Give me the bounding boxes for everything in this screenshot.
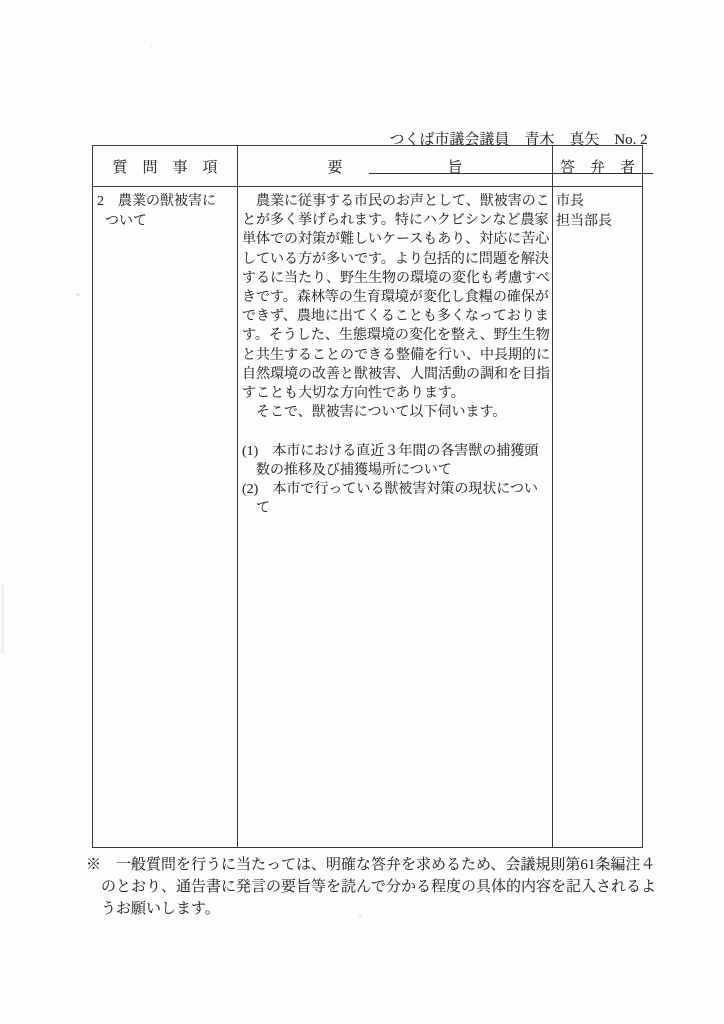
text-line: できず、農地に出てくることも多くなっておりま [242,307,550,326]
scan-artifact [1,584,4,654]
text-line: 自然環境の改善と獣被害、人間活動の調和を目指 [242,365,550,384]
question-item-cell: 2 農業の獣被害について [93,187,238,847]
text-line: するに当たり、野生生物の環境の変化も考慮すべ [242,269,550,288]
text-line: きです。森林等の生育環境が変化し食糧の確保が [242,288,550,307]
scan-artifact [150,44,153,47]
summary-cell: 農業に従事する市民のお声として、獣被害のことが多く挙げられます。特にハクビシンな… [238,187,553,847]
text-line: 市長 [556,192,641,212]
text-line: うお願いします。 [86,898,666,920]
scanned-document-page: つくば市議会議員 青木 真矢 No. 2 質 問 事 項 要 旨 答 弁 者 2… [0,0,724,1024]
respondent-cell: 市長担当部長 [553,187,642,847]
text-line: すことも大切な方向性であります。 [242,384,550,403]
column-header-respondent: 答 弁 者 [553,146,642,186]
text-line: 単体での対策が難しいケースもあり、対応に苦心 [242,230,550,249]
table-header-row: 質 問 事 項 要 旨 答 弁 者 [93,146,642,187]
text-line: す。そうした、生態環境の変化を整え、野生生物 [242,326,550,345]
text-line: している方が多いです。より包括的に問題を解決 [242,250,550,269]
column-header-question-item: 質 問 事 項 [93,146,238,186]
footnote: ※ 一般質問を行うに当たっては、明確な答弁を求めるため、会議規則第61条編注４ … [86,854,666,920]
table-body-row: 2 農業の獣被害について 農業に従事する市民のお声として、獣被害のことが多く挙げ… [93,187,642,847]
text-line: ついて [97,212,235,232]
text-line [242,422,550,441]
text-line: と共生することのできる整備を行い、中長期的に [242,346,550,365]
text-line: そこで、獣被害について以下伺います。 [242,403,550,422]
text-line: 担当部長 [556,212,641,232]
text-line: 農業に従事する市民のお声として、獣被害のこ [242,192,550,211]
text-line: ※ 一般質問を行うに当たっては、明確な答弁を求めるため、会議規則第61条編注４ [86,854,666,876]
text-line: (2) 本市で行っている獣被害対策の現状につい [242,480,550,499]
column-header-summary: 要 旨 [238,146,553,186]
text-line: 2 農業の獣被害に [97,192,235,212]
text-line: とが多く挙げられます。特にハクビシンなど農家 [242,211,550,230]
text-line: (1) 本市における直近３年間の各害獣の捕獲頭 [242,442,550,461]
text-line: 数の推移及び捕獲場所について [242,461,550,480]
question-notice-table: 質 問 事 項 要 旨 答 弁 者 2 農業の獣被害について 農業に従事する市民… [92,145,643,848]
text-line: のとおり、通告書に発言の要旨等を読んで分かる程度の具体的内容を記入されるよ [86,876,666,898]
text-line: て [242,499,550,518]
scan-artifact [76,293,80,296]
scan-artifact [359,915,362,918]
